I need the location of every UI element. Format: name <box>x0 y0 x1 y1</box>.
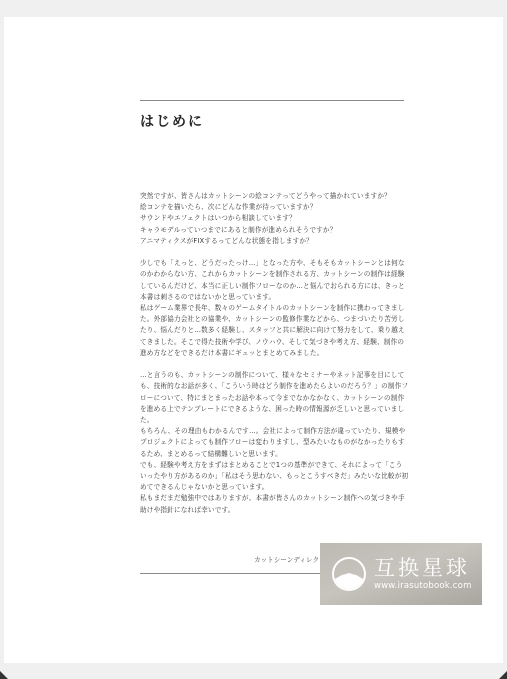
paragraph-intro: 少しでも「えっと、どうだったっけ…」となった方や、そもそもカットシーンとは何な … <box>140 258 406 359</box>
text-line: を進める上でテンプレートにできるような、困った時の情報源が乏しいと思っていまし <box>140 404 406 415</box>
text-line: るため、まとめるって結構難しいと思います。 <box>140 449 406 460</box>
text-line: めてできるんじゃないかと思っています。 <box>140 482 406 493</box>
text-line: …と言うのも、カットシーンの制作について、様々なセミナーやネット記事を目にして <box>140 370 406 381</box>
mountain-circle-logo-icon <box>332 557 366 591</box>
page-curl-corner-right <box>499 671 507 679</box>
text-line: 本書は刺さるのではないかと思っています。 <box>140 292 406 303</box>
text-line: 進め方などをできるだけ本書にギュッとまとめてみました。 <box>140 348 406 359</box>
watermark-title: 互换星球 <box>374 556 472 580</box>
watermark-text: 互换星球 www.irasutobook.com <box>374 556 472 592</box>
page-curl-corner-left <box>0 671 8 679</box>
text-line: 助けや指針になれば幸いです。 <box>140 505 406 516</box>
text-line: たり、悩んだりと…数多く経験し、スタッフと共に解決に向けて努力をして、乗り越え <box>140 325 406 336</box>
text-line: サウンドやエフェクトはいつから相談しています？ <box>140 213 406 224</box>
text-line: プロジェクトによっても制作フローは変わりますし、型みたいなものがなかったりもす <box>140 437 406 448</box>
text-line: 私もまだまだ勉強中ではありますが、本書が皆さんのカットシーン制作への気づきや手 <box>140 493 406 504</box>
text-line: キャラモデルっていつまでにあると制作が進められそうですか？ <box>140 225 406 236</box>
watermark-url: www.irasutobook.com <box>374 580 472 592</box>
text-line: ローについて、特にまとまったお話や本って今までなかなかなく、カットシーンの制作 <box>140 393 406 404</box>
text-line: しているんだけど、本当に正しい制作フローなのか…と悩んでおられる方には、きっと <box>140 281 406 292</box>
top-divider <box>140 100 404 101</box>
body-text: 突然ですが、皆さんはカットシーンの絵コンテってどうやって描かれていますか？ 絵コ… <box>140 191 406 516</box>
text-line: のかわからない方、これからカットシーンを制作される方、カットシーンの制作は経験 <box>140 269 406 280</box>
text-line: でも、経験や考え方をまずはまとめることで1つの基準ができて、それによって「こう <box>140 460 406 471</box>
text-line: た。外部協力会社との協業や、カットシーンの監修作業などから、つまづいたり苦労し <box>140 314 406 325</box>
watermark-overlay: 互换星球 www.irasutobook.com <box>320 543 482 605</box>
text-line: も、技術的なお話が多く、「こういう時はどう制作を進めたらよいのだろう？」の制作フ <box>140 381 406 392</box>
text-line: 私はゲーム業界で長年、数々のゲームタイトルのカットシーンを制作に携わってきまし <box>140 303 406 314</box>
text-line: アニマティクスがFIXするってどんな状態を指しますか？ <box>140 236 406 247</box>
paragraph-reason: …と言うのも、カットシーンの制作について、様々なセミナーやネット記事を目にして … <box>140 370 406 516</box>
text-line: た。 <box>140 415 406 426</box>
text-line: いったやり方があるのか」「私はそう思わない、もっとこうすべきだ」みたいな比較が初 <box>140 471 406 482</box>
page-title: はじめに <box>140 111 204 131</box>
text-line: てきました。そこで得た技術や学び、ノウハウ、そして気づきや考え方、経験、制作の <box>140 337 406 348</box>
text-line: 突然ですが、皆さんはカットシーンの絵コンテってどうやって描かれていますか？ <box>140 191 406 202</box>
text-line: 絵コンテを描いたら、次にどんな作業が待っていますか？ <box>140 202 406 213</box>
document-page: はじめに 突然ですが、皆さんはカットシーンの絵コンテってどうやって描かれています… <box>4 17 503 663</box>
paragraph-questions: 突然ですが、皆さんはカットシーンの絵コンテってどうやって描かれていますか？ 絵コ… <box>140 191 406 247</box>
text-line: 少しでも「えっと、どうだったっけ…」となった方や、そもそもカットシーンとは何な <box>140 258 406 269</box>
text-line: もちろん、その理由もわかるんです…。会社によって制作方法が違っていたり、規模や <box>140 426 406 437</box>
